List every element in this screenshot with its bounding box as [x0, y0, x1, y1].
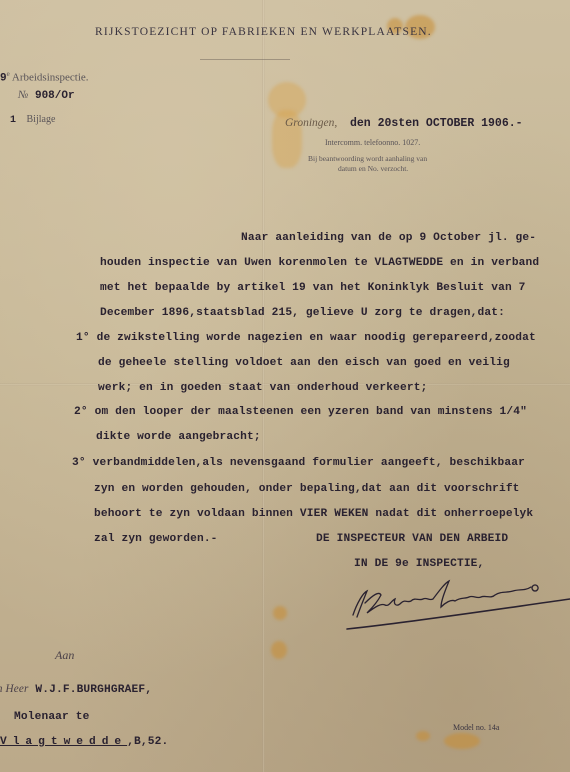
enclosure-count: 1: [10, 115, 16, 126]
reply-note-line-2: datum en No. verzocht.: [338, 164, 408, 173]
department-number: 9: [0, 73, 7, 85]
form-model-number: Model no. 14a: [453, 723, 499, 732]
telephone-note: Intercomm. telefoonno. 1027.: [325, 138, 420, 147]
signatory-division: IN DE 9e INSPECTIE,: [354, 558, 484, 570]
department-suffix: e: [7, 70, 10, 78]
body-line: werk; en in goeden staat van onderhoud v…: [98, 382, 427, 394]
department-label: Arbeidsinspectie.: [12, 72, 89, 84]
addressee-place: Vlagtwedde: [0, 736, 127, 748]
body-line: de geheele stelling voldoet aan den eisc…: [98, 357, 510, 369]
body-line: dikte worde aangebracht;: [96, 431, 261, 443]
reference-number: 908/Or: [35, 90, 75, 102]
addressee-address: ,B,52.: [127, 736, 168, 748]
signatory-title: DE INSPECTEUR VAN DEN ARBEID: [316, 533, 508, 545]
letter-page: RIJKSTOEZICHT OP FABRIEKEN EN WERKPLAATS…: [0, 0, 570, 772]
reference-line: № 908/Or: [18, 89, 75, 102]
enclosure-line: 1 Bijlage: [10, 114, 55, 126]
stain: [416, 731, 430, 741]
handwritten-signature: [345, 573, 570, 633]
letterhead-title: RIJKSTOEZICHT OP FABRIEKEN EN WERKPLAATS…: [95, 26, 432, 38]
body-line: houden inspectie van Uwen korenmolen te …: [100, 257, 539, 269]
body-line: 3° verbandmiddelen,als nevensgaand formu…: [72, 457, 525, 469]
reply-note-line-1: Bij beantwoording wordt aanhaling van: [308, 154, 427, 163]
addressee-label: Aan: [55, 648, 74, 663]
body-line: December 1896,staatsblad 215, gelieve U …: [100, 307, 505, 319]
body-line: zal zyn geworden.-: [94, 533, 218, 545]
addressee-name: W.J.F.BURGHGRAEF,: [35, 684, 152, 696]
stain: [273, 606, 287, 620]
addressee-occupation: Molenaar te: [14, 711, 90, 723]
body-line: behoort te zyn voldaan binnen VIER WEKEN…: [94, 508, 533, 520]
addressee-honorific: den Heer: [0, 683, 29, 695]
letterhead-rule: [200, 59, 290, 60]
enclosure-label: Bijlage: [27, 114, 56, 125]
addressee-name-line: den Heer W.J.F.BURGHGRAEF,: [0, 683, 152, 696]
body-line: met het bepaalde by artikel 19 van het K…: [100, 282, 526, 294]
body-line: 2° om den looper der maalsteenen een yze…: [74, 406, 527, 418]
letter-date: den 20sten OCTOBER 1906.-: [350, 117, 523, 130]
body-line: 1° de zwikstelling worde nagezien en waa…: [76, 332, 536, 344]
department-line: 9e Arbeidsinspectie.: [0, 70, 89, 85]
addressee-place-line: Vlagtwedde,B,52.: [0, 736, 168, 748]
place-name: Groningen,: [285, 117, 337, 129]
stain: [444, 733, 480, 749]
body-line: Naar aanleiding van de op 9 October jl. …: [241, 232, 536, 244]
body-line: zyn en worden gehouden, onder bepaling,d…: [94, 483, 520, 495]
number-symbol: №: [18, 89, 28, 101]
stain: [271, 641, 287, 659]
